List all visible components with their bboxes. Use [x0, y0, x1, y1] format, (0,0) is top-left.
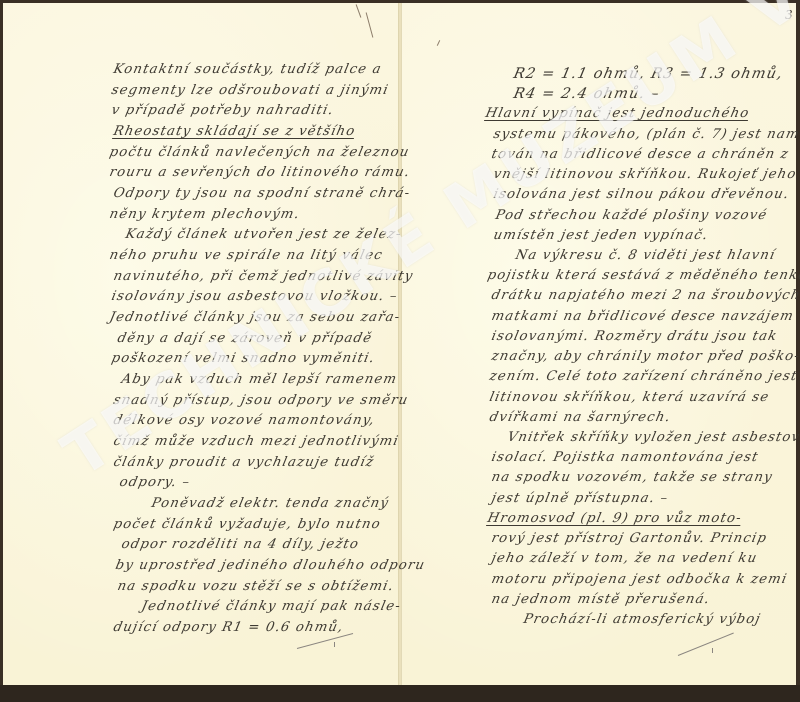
section-heading-rheostaty: Rheostaty skládají se z většího — [112, 124, 357, 139]
text-line: umístěn jest jeden vypínač. — [492, 228, 710, 243]
text-line: odpor rozděliti na 4 díly, ježto — [120, 537, 361, 552]
text-line: něny krytem plechovým. — [108, 207, 301, 222]
text-line: počet článků vyžaduje, bylo nutno — [112, 517, 382, 532]
text-line: dvířkami na šarnýrech. — [488, 410, 672, 425]
text-line: děny a dají se zároveň v případě — [116, 331, 374, 346]
text-line: snadný přístup, jsou odpory ve směru — [112, 393, 410, 408]
text-line: počtu článků navlečených na železnou — [108, 145, 411, 160]
text-line: Na výkresu č. 8 viděti jest hlavní — [514, 248, 777, 263]
text-line: Prochází-li atmosferický výboj — [522, 612, 762, 627]
text-line: pojistku která sestává z měděného tenkéh… — [486, 268, 800, 283]
text-line: rový jest přístroj Gartonův. Princip — [490, 531, 769, 546]
text-line: navinutého, při čemž jednotlivé závity — [112, 269, 415, 284]
text-line: na spodku vozu stěží se s obtížemi. — [116, 579, 396, 594]
text-line: R2 = 1.1 ohmů, R3 = 1.3 ohmů, — [512, 66, 785, 82]
pencil-tick — [334, 642, 335, 647]
text-line: drátku napjatého mezi 2 na šroubových — [490, 288, 800, 303]
text-line: Kontaktní součástky, tudíž palce a — [112, 62, 383, 77]
text-line: litinovou skříňkou, která uzavírá se — [488, 390, 771, 405]
section-heading-hlavni-vypinac: Hlavní vypínač jest jednoduchého — [484, 106, 751, 121]
text-line: motoru připojena jest odbočka k zemi — [490, 572, 789, 587]
text-line: ného pruhu ve spirále na litý válec — [108, 248, 384, 263]
text-line: Pod střechou každé plošiny vozové — [494, 208, 769, 223]
text-line: na spodku vozovém, takže se strany — [490, 470, 774, 485]
page-number: 3 — [785, 8, 793, 22]
text-line: v případě potřeby nahraditi. — [110, 103, 335, 118]
text-line: články proudit a vychlazuje tudíž — [112, 455, 376, 470]
manuscript-spread: 3 Kontaktní součástky, tudíž palce asegm… — [0, 0, 800, 702]
text-line: matkami na břidlicové desce navzájem — [490, 309, 795, 324]
text-line: jest úplně přístupna. – — [490, 491, 670, 506]
text-line: Jednotlivé články jsou za sebou zařa- — [108, 310, 402, 325]
text-line: jeho záleží v tom, že na vedení ku — [490, 551, 759, 566]
text-line: rouru a sevřených do litinového rámu. — [108, 165, 412, 180]
text-line: Každý článek utvořen jest ze želez- — [124, 227, 403, 242]
text-line: systemu pákového, (plán č. 7) jest namon… — [492, 127, 800, 142]
section-heading-hromosvod: Hromosvod (pl. 9) pro vůz moto- — [486, 511, 743, 526]
text-line: zením. Celé toto zařízení chráněno jest — [488, 369, 799, 384]
text-line: Aby pak vzduch měl lepší ramenem — [120, 372, 399, 387]
text-line: segmenty lze odšroubovati a jinými — [110, 83, 390, 98]
scan-bottom-edge — [0, 685, 800, 702]
text-line: na jednom místě přerušená. — [490, 592, 712, 607]
text-line: isolovanými. Rozměry drátu jsou tak — [490, 329, 779, 344]
text-line: isolovány jsou asbestovou vložkou. – — [110, 289, 399, 304]
text-line: délkové osy vozové namontovány, — [112, 413, 377, 428]
text-line: R4 = 2.4 ohmů. – — [512, 86, 661, 102]
text-line: isolována jest silnou pákou dřevěnou. — [492, 187, 791, 202]
text-line: Odpory ty jsou na spodní straně chrá- — [112, 186, 412, 201]
text-line: čímž může vzduch mezi jednotlivými — [112, 434, 400, 449]
text-line: odpory. – — [118, 475, 192, 490]
text-line: by uprostřed jediného dlouhého odporu — [114, 558, 427, 573]
text-line: tován na břidlicové desce a chráněn z — [490, 147, 790, 162]
text-line: poškození velmi snadno vyměniti. — [110, 351, 377, 366]
text-line: vnější litinovou skříňkou. Rukojeť jeho — [492, 167, 798, 182]
pencil-tick — [712, 648, 713, 653]
text-line: Vnitřek skříňky vyložen jest asbestovou — [506, 430, 800, 445]
text-line: značny, aby chránily motor před poško- — [490, 349, 800, 364]
text-line: Jednotlivé články mají pak násle- — [140, 599, 402, 614]
text-line: dující odpory R1 = 0.6 ohmů, — [112, 620, 345, 635]
text-line: Poněvadž elektr. tenda značný — [150, 496, 391, 511]
text-line: isolací. Pojistka namontována jest — [490, 450, 760, 465]
